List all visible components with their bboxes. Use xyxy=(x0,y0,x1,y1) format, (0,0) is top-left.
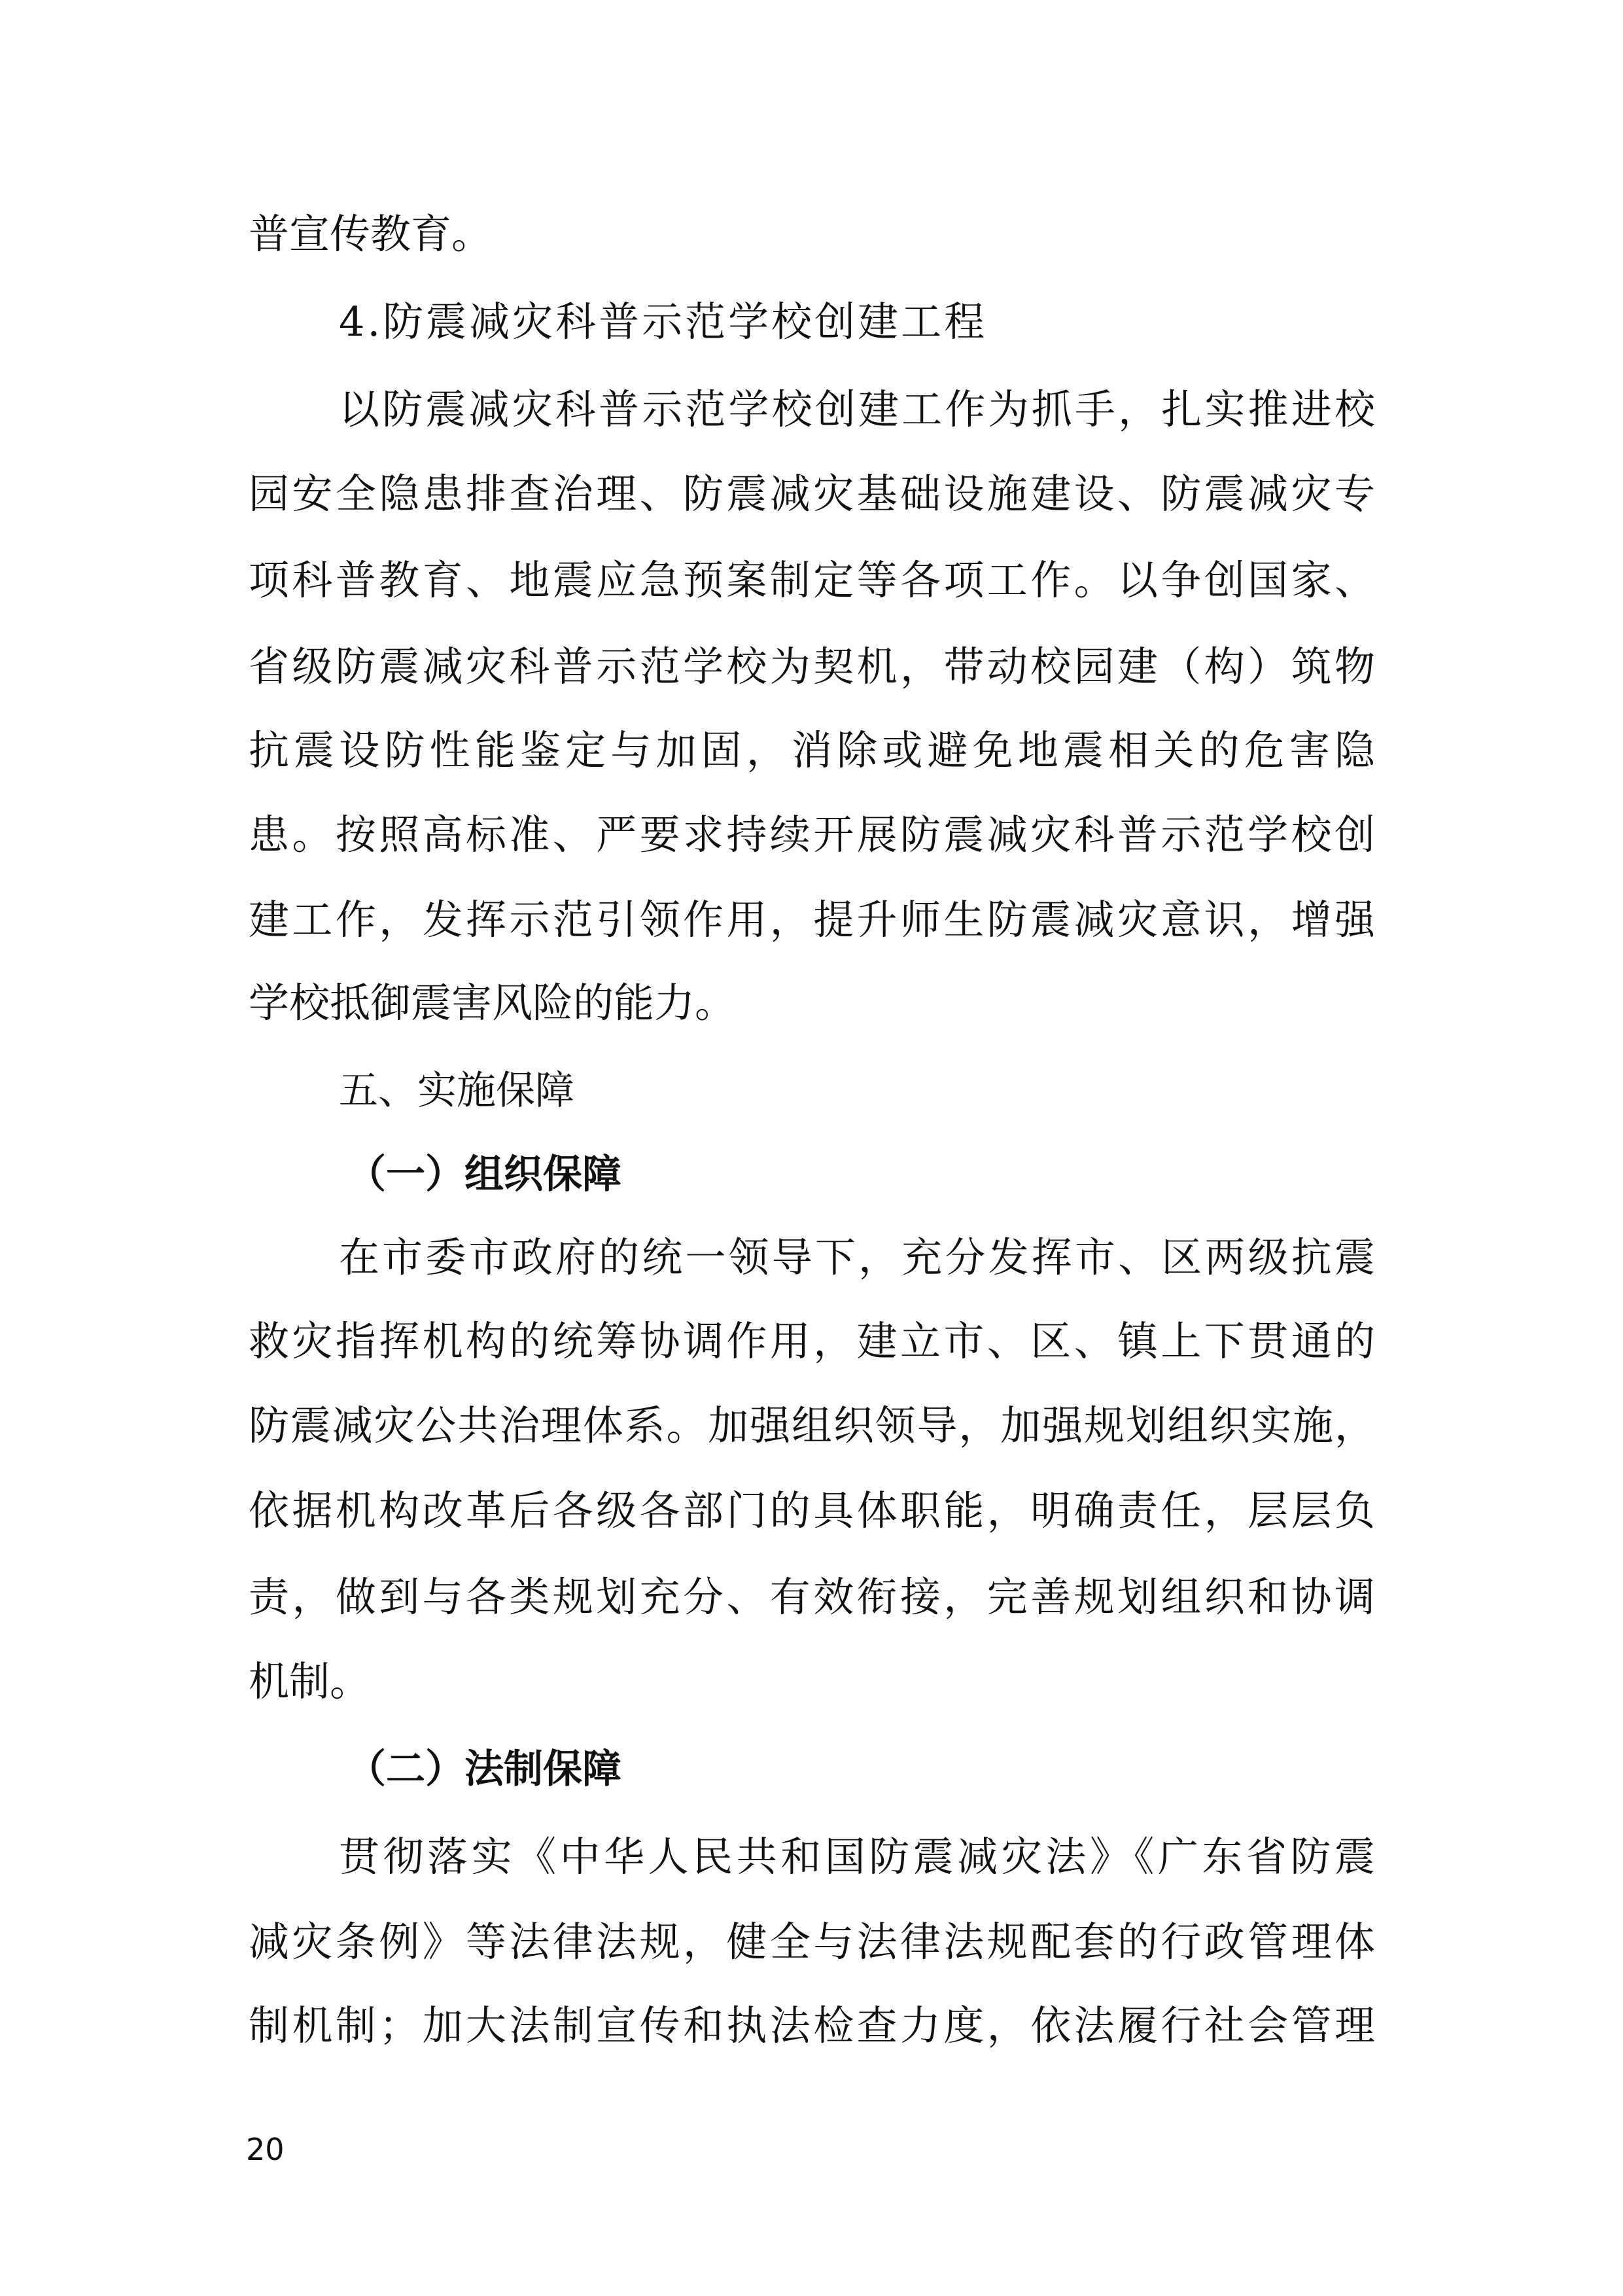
paragraph-line: 省级防震减灾科普示范学校为契机，带动校园建（构）筑物 xyxy=(249,637,1375,696)
paragraph-line: 建工作，发挥示范引领作用，提升师生防震减灾意识，增强 xyxy=(249,891,1375,949)
paragraph-line: 项科普教育、地震应急预案制定等各项工作。以争创国家、 xyxy=(249,551,1375,610)
section-heading: 五、实施保障 xyxy=(249,1061,1375,1120)
paragraph-line: 普宣传教育。 xyxy=(249,205,1375,264)
paragraph-line: 以防震减灾科普示范学校创建工作为抓手，扎实推进校 xyxy=(249,380,1375,439)
paragraph-line: 责，做到与各类规划充分、有效衔接，完善规划组织和协调 xyxy=(249,1568,1375,1627)
paragraph-line: 抗震设防性能鉴定与加固，消除或避免地震相关的危害隐 xyxy=(249,721,1375,780)
subsection-heading: （二）法制保障 xyxy=(249,1740,1473,1799)
paragraph-line: 园安全隐患排查治理、防震减灾基础设施建设、防震减灾专 xyxy=(249,465,1375,523)
page-number: 20 xyxy=(246,2132,285,2167)
paragraph-line: 减灾条例》等法律法规，健全与法律法规配套的行政管理体 xyxy=(249,1913,1375,1971)
paragraph-line: 在市委市政府的统一领导下，充分发挥市、区两级抗震 xyxy=(249,1228,1375,1287)
document-page: 普宣传教育。 4.防震减灾科普示范学校创建工程 以防震减灾科普示范学校创建工作为… xyxy=(0,0,1623,2296)
paragraph-line: 患。按照高标准、严要求持续开展防震减灾科普示范学校创 xyxy=(249,805,1375,864)
paragraph-line: 防震减灾公共治理体系。加强组织领导，加强规划组织实施， xyxy=(249,1396,1375,1455)
paragraph-line: 救灾指挥机构的统筹协调作用，建立市、区、镇上下贯通的 xyxy=(249,1312,1375,1371)
paragraph-line: 贯彻落实《中华人民共和国防震减灾法》《广东省防震 xyxy=(249,1828,1375,1886)
subsection-heading: （一）组织保障 xyxy=(249,1145,1473,1204)
paragraph-line: 制机制；加大法制宣传和执法检查力度，依法履行社会管理 xyxy=(249,1996,1375,2055)
subsection-title: 4.防震减灾科普示范学校创建工程 xyxy=(249,292,1375,351)
paragraph-line: 依据机构改革后各级各部门的具体职能，明确责任，层层负 xyxy=(249,1481,1375,1540)
paragraph-line: 学校抵御震害风险的能力。 xyxy=(249,974,1375,1033)
paragraph-line: 机制。 xyxy=(249,1652,1375,1711)
